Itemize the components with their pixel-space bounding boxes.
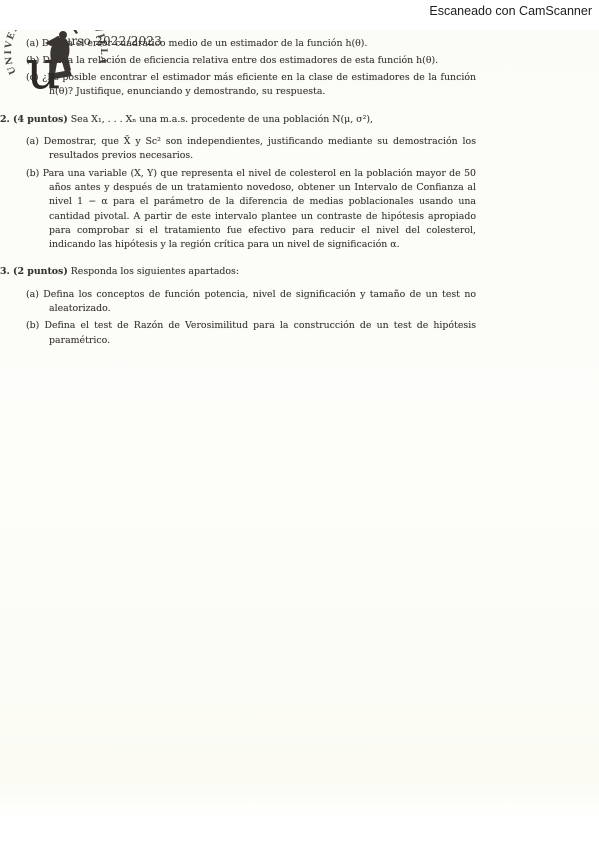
question-3-parts: (a) Defina los conceptos de función pote… xyxy=(0,288,476,348)
question-2: 2. (4 puntos) Sea X₁, . . . Xₙ una m.a.s… xyxy=(0,113,476,253)
question-2-part-b: (b) Para una variable (X, Y) que represe… xyxy=(26,167,476,253)
question-2-number-points: 2. (4 puntos) xyxy=(0,114,68,125)
question-3-part-a: (a) Defina los conceptos de función pote… xyxy=(26,288,476,317)
part-label: (b) xyxy=(26,55,39,66)
part-text: Demostrar, que X̄ y Sc² son independient… xyxy=(44,136,476,161)
part-text: Defina el test de Razón de Verosimilitud… xyxy=(44,320,476,345)
question-2-text: Sea X₁, . . . Xₙ una m.a.s. procedente d… xyxy=(71,114,373,125)
part-text: Defina el error cuadrático medio de un e… xyxy=(42,38,368,49)
question-3-statement: 3. (2 puntos) Responda los siguientes ap… xyxy=(0,265,476,279)
scanned-exam-page: UNIVERSIDAD DE SEVILLA u Inferencia Esta… xyxy=(0,0,599,848)
question-2-statement: 2. (4 puntos) Sea X₁, . . . Xₙ una m.a.s… xyxy=(0,113,476,127)
question-1-part-a: (a) Defina el error cuadrático medio de … xyxy=(26,37,476,51)
part-label: (b) xyxy=(26,320,39,331)
question-3-part-b: (b) Defina el test de Razón de Verosimil… xyxy=(26,319,476,348)
part-text: ¿Es posible encontrar el estimador más e… xyxy=(42,72,476,97)
part-text: Defina la relación de eficiencia relativ… xyxy=(42,55,438,66)
question-3-text: Responda los siguientes apartados: xyxy=(71,266,239,277)
camscanner-footer: Escaneado con CamScanner xyxy=(0,0,599,30)
question-3-number-points: 3. (2 puntos) xyxy=(0,266,68,277)
question-1-part-b: (b) Defina la relación de eficiencia rel… xyxy=(26,54,476,68)
part-text: Defina los conceptos de función potencia… xyxy=(43,289,476,314)
part-text: Para una variable (X, Y) que representa … xyxy=(43,168,476,250)
question-2-parts: (a) Demostrar, que X̄ y Sc² son independ… xyxy=(0,135,476,252)
part-label: (c) xyxy=(26,72,39,83)
question-1-part-c: (c) ¿Es posible encontrar el estimador m… xyxy=(26,71,476,100)
camscanner-watermark: Escaneado con CamScanner xyxy=(429,4,592,18)
part-label: (a) xyxy=(26,136,39,147)
part-label: (a) xyxy=(26,289,39,300)
questions-list: 1. (4 puntos) Sea X̲ = (X₁, ..., Xₙ) una… xyxy=(0,0,476,348)
question-1-parts: (a) Defina el error cuadrático medio de … xyxy=(0,37,476,100)
question-3: 3. (2 puntos) Responda los siguientes ap… xyxy=(0,265,476,347)
part-label: (b) xyxy=(26,168,39,179)
question-2-part-a: (a) Demostrar, que X̄ y Sc² son independ… xyxy=(26,135,476,164)
part-label: (a) xyxy=(26,38,39,49)
